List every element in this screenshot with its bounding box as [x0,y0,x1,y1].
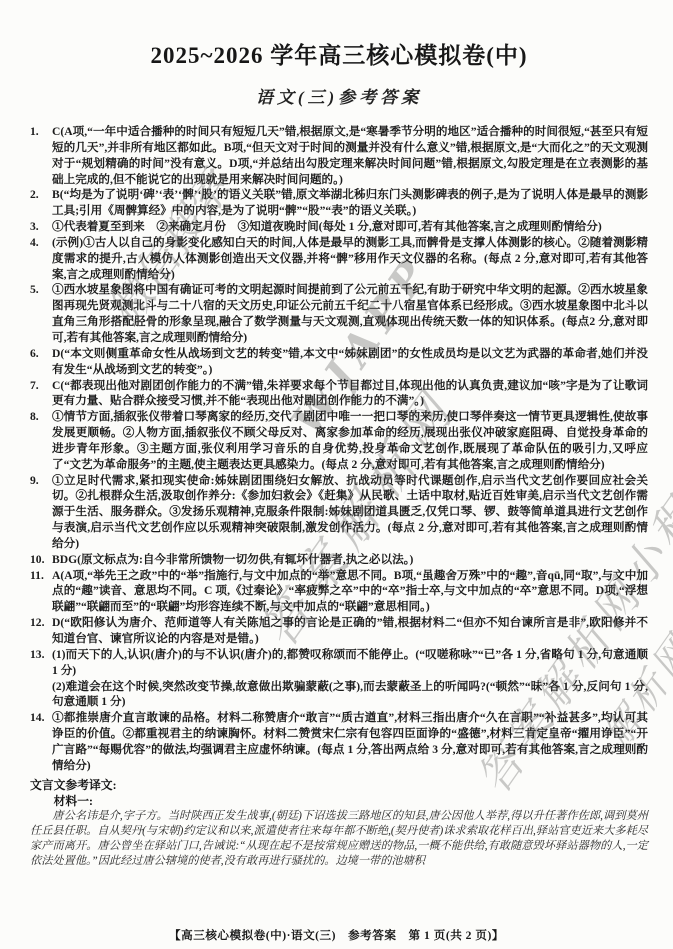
answer-item-6: 6. D(“本文则侧重革命女性从战场到文艺的转变”错,本文中“姊妹剧团”的女性成… [30,346,648,378]
answer-number: 11. [30,568,44,584]
answer-item-13: 13. (1)而天下的人,认识(唐介)的与不认识(唐介)的,都赞叹称颂而不能停止… [30,647,648,710]
answer-text: (示例)①古人以自己的身影变化感知白天的时间,人体是最早的测影工具,而髀骨是支撑… [52,236,648,281]
answer-number: 4. [30,235,39,251]
answer-number: 14. [30,710,45,726]
answer-text: ①代表着夏至到来 ②来确定月份 ③知道夜晚时间(每处 1 分,意对即可,若有其他… [52,220,602,233]
material-one-label: 材料一: [30,793,648,809]
answer-text: C(A项,“一年中适合播种的时间只有短短几天”错,根据原文,是“寒暑季节分明的地… [52,125,648,186]
answer-text: D(“欧阳修认为唐介、范师道等人有关陈旭之事的言论是正确的”错,根据材料二“但亦… [52,616,648,645]
answer-item-2: 2. B(“均是为了说明‘碑’‘表’‘髀’‘股’的语义关联”错,原文举湖北秭归东… [30,187,648,219]
page-title: 2025~2026 学年高三核心模拟卷(中) [30,37,648,70]
answer-item-9: 9. ①立足时代需求,紧扣现实使命:姊妹剧团围绕妇女解放、抗战动员等时代课题创作… [30,473,648,552]
answer-number: 12. [30,615,45,631]
answer-text: ①立足时代需求,紧扣现实使命:姊妹剧团围绕妇女解放、抗战动员等时代课题创作,启示… [52,474,648,550]
answer-item-7: 7. C(“都表现出他对剧团创作能力的不满”错,朱祥要求每个节目都过目,体现出他… [30,378,648,410]
answer-item-8: 8. ①情节方面,插叙张仪带着口琴离家的经历,交代了剧团中唯一一把口琴的来历,使… [30,409,648,472]
answer-text: D(“本文则侧重革命女性从战场到文艺的转变”错,本文中“姊妹剧团”的女性成员均是… [52,347,648,376]
answer-item-1: 1. C(A项,“一年中适合播种的时间只有短短几天”错,根据原文,是“寒暑季节分… [30,124,648,187]
answer-number: 13. [30,647,45,663]
answer-number: 3. [30,219,39,235]
answer-text: C(“都表现出他对剧团创作能力的不满”错,朱祥要求每个节目都过目,体现出他的认真… [52,379,648,408]
answer-number: 1. [30,124,39,140]
answer-number: 2. [30,187,39,203]
answer-text: ①情节方面,插叙张仪带着口琴离家的经历,交代了剧团中唯一一把口琴的来历,使口琴伴… [52,410,648,471]
answer-number: 6. [30,346,39,362]
answer-text: B(“均是为了说明‘碑’‘表’‘髀’‘股’的语义关联”错,原文举湖北秭归东门头测… [52,188,648,217]
exam-answer-sheet-page: 微信搜索 答案解析网 WJAPP 答案解析网小程序 解析网小程序 2025~20… [0,0,673,949]
answers-section: 1. C(A项,“一年中适合播种的时间只有短短几天”错,根据原文,是“寒暑季节分… [30,124,648,774]
answer-item-11: 11. A(A项,“举先王之政”中的“举”指施行,与文中加点的“举”意思不同。B… [30,568,648,616]
classical-translation-heading: 文言文参考译文: [30,777,648,793]
page-footer: 【高三核心模拟卷(中)·语文(三) 参考答案 第 1 页(共 2 页)】 [0,927,673,943]
answer-item-12: 12. D(“欧阳修认为唐介、范师道等人有关陈旭之事的言论是正确的”错,根据材料… [30,615,648,647]
answer-number: 10. [30,552,45,568]
answer-text: A(A项,“举先王之政”中的“举”指施行,与文中加点的“举”意思不同。B项,“虽… [52,569,648,614]
answer-item-10: 10. BDG(原文标点为:自今非常所馈物一切勿供,有辄坏什器者,执之必以法。) [30,552,648,568]
answer-text: (1)而天下的人,认识(唐介)的与不认识(唐介)的,都赞叹称颂而不能停止。(“叹… [52,648,651,709]
answer-item-3: 3. ①代表着夏至到来 ②来确定月份 ③知道夜晚时间(每处 1 分,意对即可,若… [30,219,648,235]
answer-number: 7. [30,378,39,394]
answer-item-14: 14. ①都推崇唐介直言敢谏的品格。材料二称赞唐介“敢言”“质古遒直”,材料三指… [30,710,648,773]
page-subtitle: 语文(三)参考答案 [30,83,648,108]
answer-number: 5. [30,282,39,298]
answer-item-5: 5. ①西水坡星象图将中国有确证可考的文明起源时间提前到了公元前五千纪,有助于研… [30,282,648,345]
answer-text: ①都推崇唐介直言敢谏的品格。材料二称赞唐介“敢言”“质古遒直”,材料三指出唐介“… [52,711,648,772]
answer-number: 9. [30,473,39,489]
answer-number: 8. [30,409,39,425]
answer-item-4: 4. (示例)①古人以自己的身影变化感知白天的时间,人体是最早的测影工具,而髀骨… [30,235,648,283]
translation-paragraph: 唐公名讳是介,字子方。当时陕西正发生战事,(朝廷)下诏选拔三路地区的知县,唐公因… [30,809,648,870]
answer-text: ①西水坡星象图将中国有确证可考的文明起源时间提前到了公元前五千纪,有助于研究中华… [52,283,648,344]
page-content: 2025~2026 学年高三核心模拟卷(中) 语文(三)参考答案 1. C(A项… [0,37,673,870]
answer-text: BDG(原文标点为:自今非常所馈物一切勿供,有辄坏什器者,执之必以法。) [52,553,413,566]
